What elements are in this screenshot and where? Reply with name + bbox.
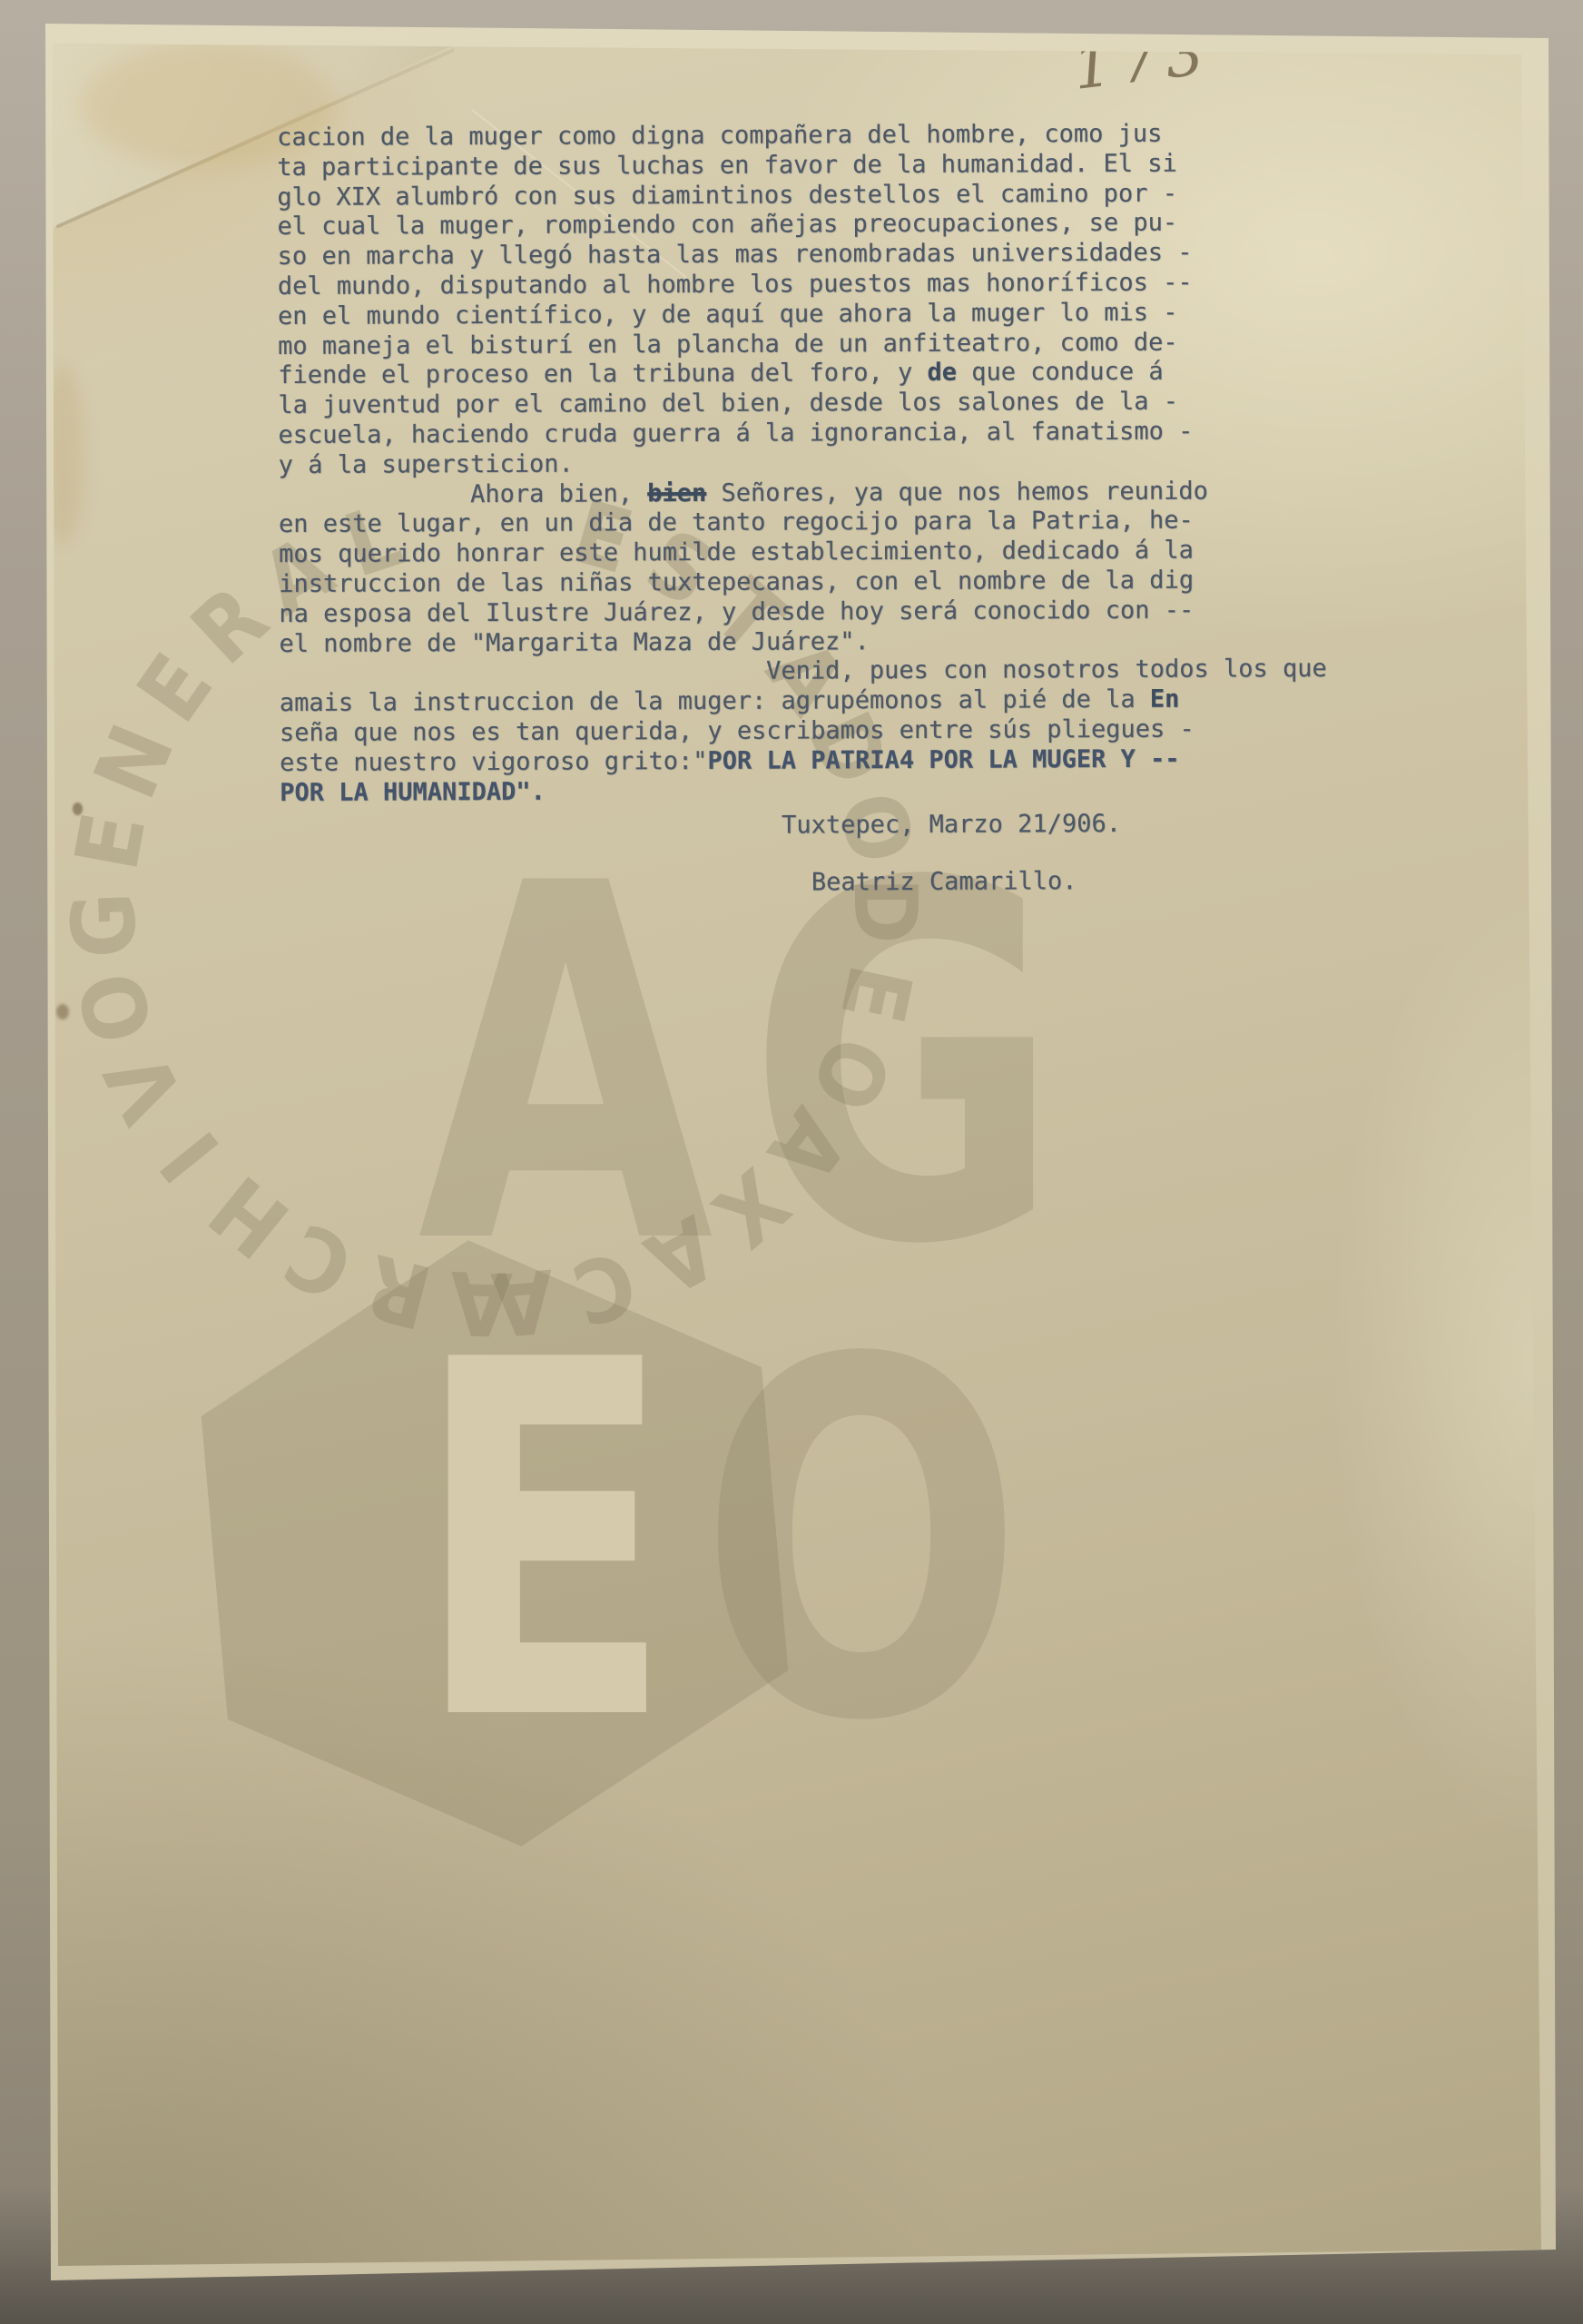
typed-line: el nombre de "Margarita Maza de Juárez". — [279, 625, 1350, 659]
watermark-hexagon — [188, 1216, 801, 1870]
watermark-ring-letter: O — [796, 1025, 903, 1123]
watermark-ring-letter: R — [178, 573, 282, 679]
typed-line: el cual la muger, rompiendo con añejas p… — [277, 208, 1348, 242]
watermark-monogram-e: E — [413, 1298, 708, 1788]
watermark-ring-letter: I — [147, 1118, 233, 1196]
watermark-ring-letter: R — [358, 1241, 439, 1341]
watermark-monogram-o: O — [699, 1298, 1058, 1788]
document-page: ARCHIVOGENERALESTADODEOAXACA AG E O caci… — [0, 0, 1583, 2324]
watermark-ring-letter: A — [488, 1256, 556, 1348]
typed-line: Venid, pues con nosotros todos los que — [280, 655, 1351, 689]
typed-line: ta participante de sus luchas en favor d… — [277, 149, 1348, 183]
typed-line: seña que nos es tan querida, y escribamo… — [280, 714, 1351, 749]
typed-line: Tuxtepec, Marzo 21/906. — [280, 809, 1351, 843]
typed-line: este nuestro vigoroso grito:"POR LA PATR… — [280, 744, 1351, 779]
typed-line: fiende el proceso en la tribuna del foro… — [278, 357, 1349, 391]
typed-line: na esposa del Ilustre Juárez, y desde ho… — [279, 596, 1350, 630]
typed-line: mo maneja el bisturí en la plancha de un… — [278, 327, 1349, 361]
typed-line: glo XIX alumbró con sus diamintinos dest… — [277, 178, 1348, 212]
typed-line: mos querido honrar este humilde establec… — [279, 536, 1350, 570]
watermark-ring-letter: V — [93, 1039, 198, 1134]
typed-line: instruccion de las niñas tuxtepecanas, c… — [279, 566, 1350, 600]
watermark-ring-letter: N — [82, 714, 188, 809]
watermark-ring-letter: A — [754, 1095, 861, 1196]
typed-line: en este lugar, en un dia de tanto regoci… — [279, 506, 1350, 540]
handwritten-folio-number: 173 — [1069, 17, 1215, 103]
paper-stain — [73, 803, 83, 815]
typed-line: Ahora bien, bien Señores, ya que nos hem… — [279, 476, 1350, 510]
typed-line: amais la instruccion de la muger: agrupé… — [280, 684, 1351, 719]
watermark-ring-letter: A — [634, 1202, 730, 1308]
watermark-ring-letter: O — [65, 964, 166, 1051]
typed-line: cacion de la muger como digna compañera … — [277, 119, 1348, 153]
watermark-ring-letter: E — [63, 807, 158, 877]
watermark-ring-letter: E — [123, 641, 226, 735]
watermark-ring-letter: A — [448, 1258, 514, 1347]
typed-line: del mundo, disputando al hombre los pues… — [278, 268, 1349, 302]
typed-line: so en marcha y llegó hasta las mas renom… — [278, 238, 1349, 272]
typed-line: escuela, haciendo cruda guerra á la igno… — [278, 417, 1349, 451]
typed-line: en el mundo científico, y de aquí que ah… — [278, 298, 1349, 332]
watermark-ring-letter: X — [699, 1154, 802, 1260]
typed-line: y á la supersticion. — [279, 447, 1350, 481]
paper-stain — [56, 1004, 69, 1019]
watermark-ring-letter: C — [565, 1236, 645, 1336]
typed-line: POR LA HUMANIDAD". — [280, 773, 1351, 808]
typed-text-block: cacion de la muger como digna compañera … — [277, 119, 1352, 901]
watermark-ring-letter: E — [828, 959, 925, 1030]
watermark-ring-letter: G — [60, 891, 149, 960]
watermark-ring-letter: H — [196, 1161, 303, 1271]
watermark-ring-letter: C — [274, 1209, 366, 1314]
typed-line: Beatriz Camarillo. — [280, 866, 1352, 901]
typed-line: la juventud por el camino del bien, desd… — [278, 387, 1349, 421]
